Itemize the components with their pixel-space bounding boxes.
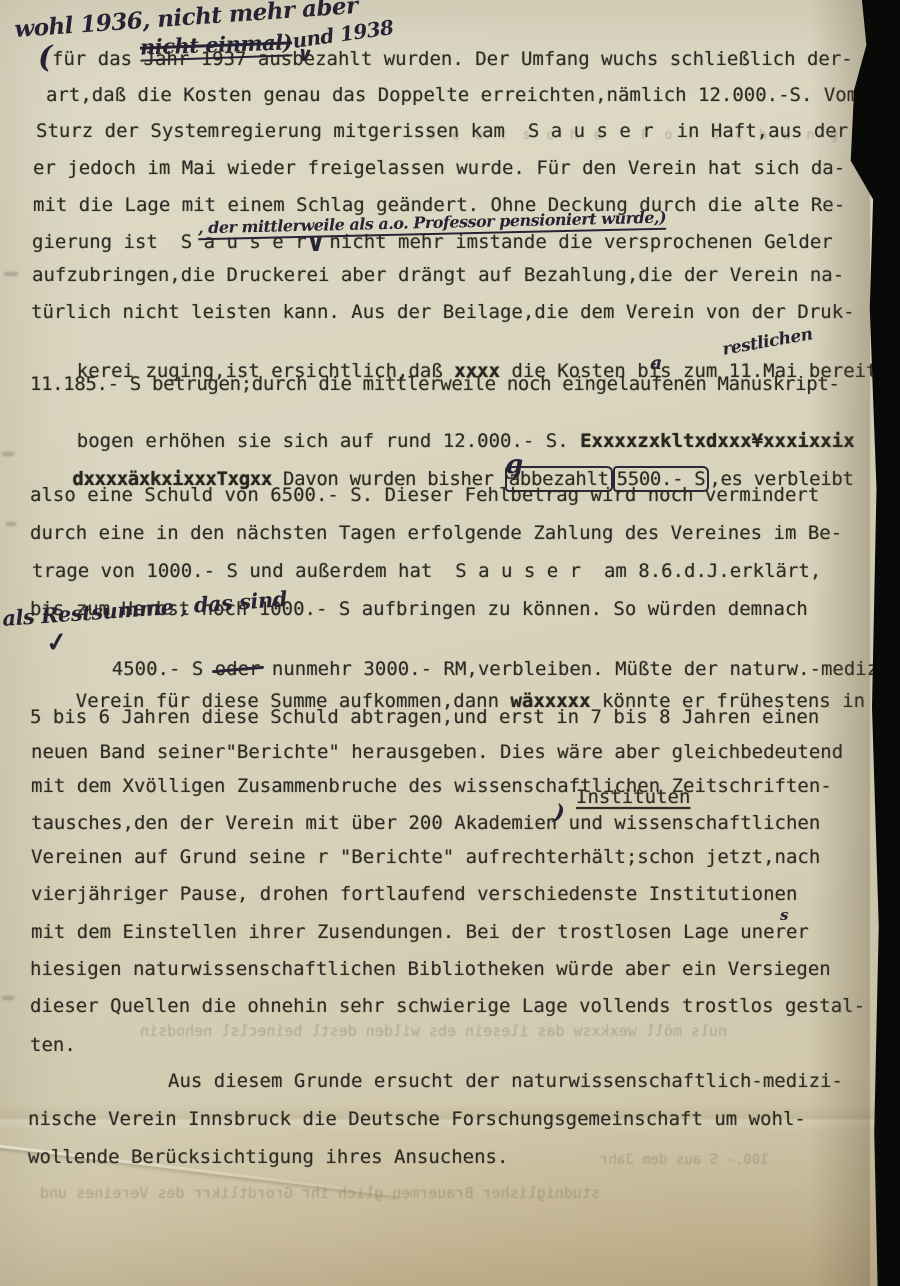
typed-line: aufzubringen,die Druckerei aber drängt a… — [32, 264, 844, 286]
bleedthrough-text: 100.- S aus dem Jahr — [600, 1152, 769, 1168]
checkmark: ✓ — [44, 627, 69, 660]
margin-smudge — [2, 996, 14, 1000]
typed-line: vierjähriger Pause, drohen fortlaufend v… — [31, 883, 797, 905]
handwritten-note-struck: nicht einmal) — [140, 29, 293, 61]
handwritten-note-restsumme: als Restsumme , das sind — [1, 586, 287, 631]
typed-line: Aus diesem Grunde ersucht der naturwisse… — [168, 1070, 843, 1092]
scanned-letter-page: D e u t s c h e F o r s c h u n g s g e … — [0, 0, 900, 1286]
typed-line: durch eine in den nächsten Tagen erfolge… — [30, 522, 842, 544]
handwritten-letter-correction: a — [650, 352, 662, 374]
typed-line: Sturz der Systemregierung mitgerissen ka… — [36, 120, 848, 142]
margin-smudge — [2, 452, 14, 456]
typed-line: 5 bis 6 Jahren diese Schuld abtragen,und… — [30, 706, 819, 728]
caret-mark: ∨ — [306, 228, 325, 257]
typed-line: nische Verein Innsbruck die Deutsche For… — [28, 1108, 806, 1130]
typed-line: tausches,den der Verein mit über 200 Aka… — [31, 812, 820, 834]
caret-mark: ∨ — [295, 41, 314, 67]
bleedthrough-text: studniglisher Brauermen glich ihr Grordt… — [40, 1184, 600, 1202]
typed-line: dieser Quellen die ohnehin sehr schwieri… — [30, 995, 865, 1017]
typed-line: Vereinen auf Grund seine r "Berichte" au… — [31, 846, 820, 868]
typed-line: wollende Berücksichtigung ihres Ansuchen… — [28, 1146, 508, 1168]
bleedthrough-text: nuls möll wexkxsw das ilesein ebs wilden… — [140, 1022, 727, 1040]
margin-smudge — [4, 272, 18, 276]
handwritten-letter-correction: g — [505, 450, 523, 480]
margin-smudge — [6, 522, 16, 526]
typed-line: hiesigen naturwissenschaftlichen Bibliot… — [30, 958, 831, 980]
typed-line: türlich nicht leisten kann. Aus der Beil… — [31, 301, 855, 323]
typed-line: 11.185.- S betrugen;durch die mittlerwei… — [30, 373, 840, 395]
typed-insertion: Instituten — [576, 786, 690, 808]
typed-line: trage von 1000.- S und außerdem hat S a … — [32, 560, 821, 582]
typed-line: neuen Band seiner"Berichte" herausgeben.… — [31, 741, 843, 763]
typed-line: er jedoch im Mai wieder freigelassen wur… — [33, 157, 845, 179]
paper-edge-shadow — [810, 0, 870, 1286]
handwritten-letter-correction: s — [780, 906, 788, 924]
typed-line: also eine Schuld von 6500.- S. Dieser Fe… — [30, 484, 819, 506]
typed-line: mit dem Xvölligen Zusammenbruche des wis… — [31, 775, 832, 797]
typed-line: mit dem Einstellen ihrer Zusendungen. Be… — [31, 921, 809, 943]
handwritten-paren: ( — [38, 40, 52, 75]
typed-line: ten. — [30, 1034, 76, 1056]
typed-line: art,daß die Kosten genau das Doppelte er… — [46, 84, 858, 106]
